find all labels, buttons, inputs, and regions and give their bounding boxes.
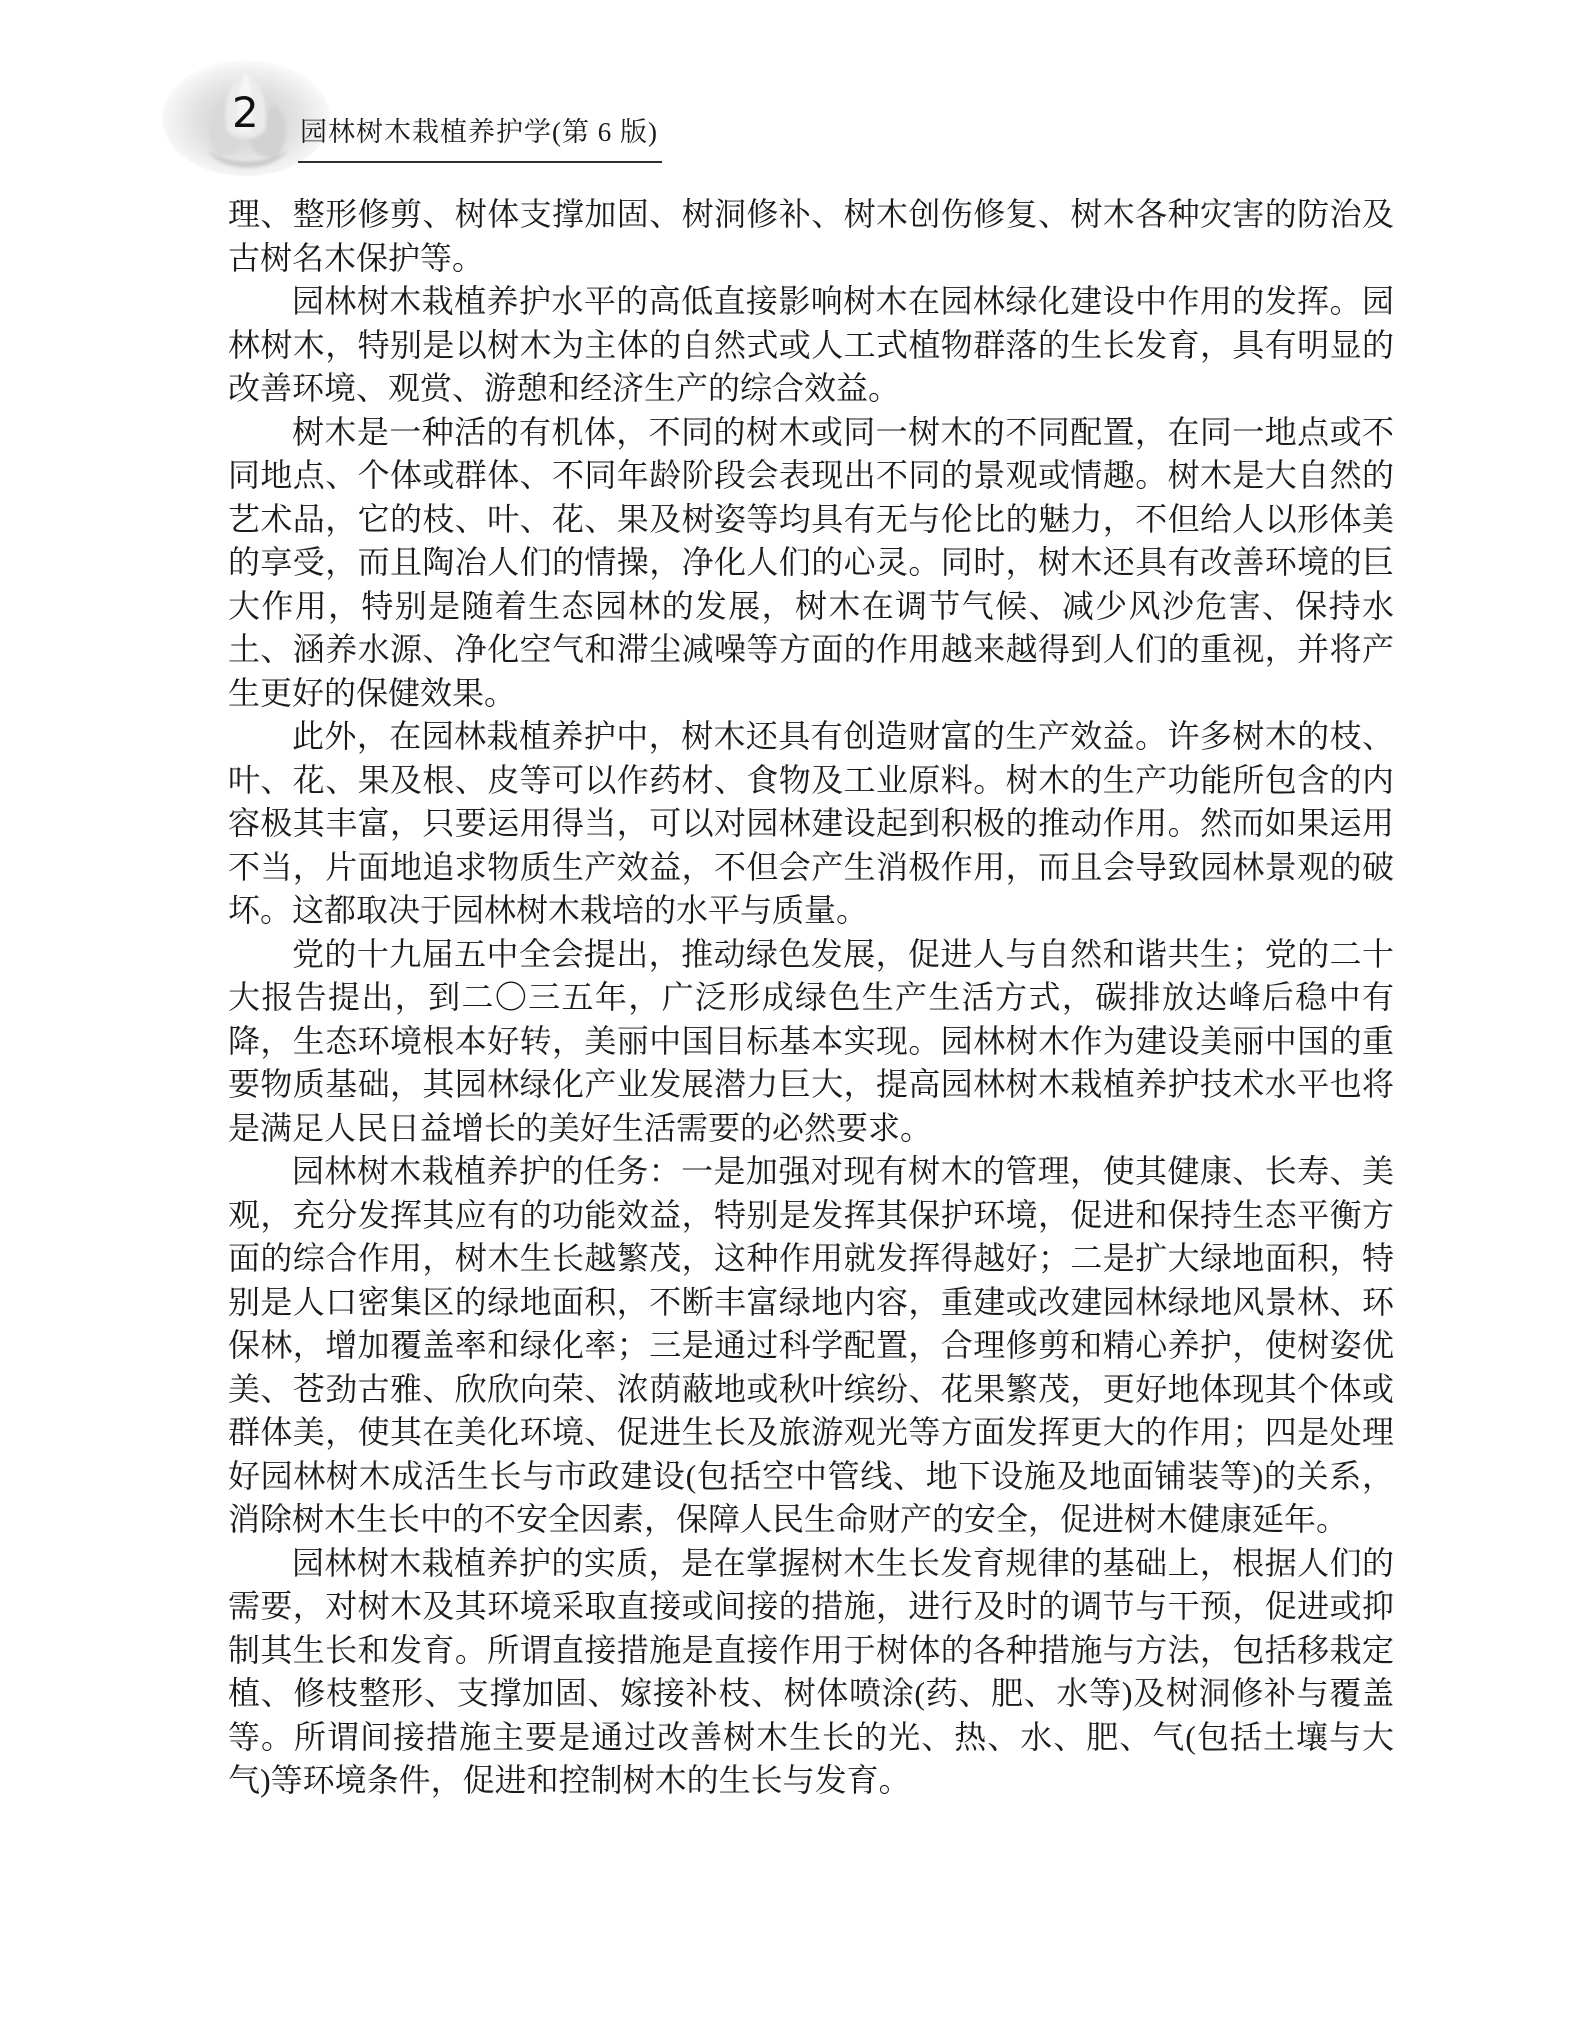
document-page: 2 园林树木栽植养护学(第 6 版) 理、整形修剪、树体支撑加固、树洞修补、树木… xyxy=(0,0,1590,2039)
paragraph: 理、整形修剪、树体支撑加固、树洞修补、树木创伤修复、树木各种灾害的防治及古树名木… xyxy=(228,193,1394,280)
page-number: 2 xyxy=(232,88,259,137)
page-body: 理、整形修剪、树体支撑加固、树洞修补、树木创伤修复、树木各种灾害的防治及古树名木… xyxy=(228,193,1394,1803)
paragraph: 园林树木栽植养护水平的高低直接影响树木在园林绿化建设中作用的发挥。园林树木，特别… xyxy=(228,280,1394,411)
page-header: 2 园林树木栽植养护学(第 6 版) xyxy=(0,0,1590,200)
paragraph: 党的十九届五中全会提出，推动绿色发展，促进人与自然和谐共生；党的二十大报告提出，… xyxy=(228,933,1394,1151)
paragraph: 园林树木栽植养护的实质，是在掌握树木生长发育规律的基础上，根据人们的需要，对树木… xyxy=(228,1542,1394,1803)
paragraph: 园林树木栽植养护的任务：一是加强对现有树木的管理，使其健康、长寿、美观，充分发挥… xyxy=(228,1150,1394,1542)
paragraph: 此外，在园林栽植养护中，树木还具有创造财富的生产效益。许多树木的枝、叶、花、果及… xyxy=(228,715,1394,933)
book-title: 园林树木栽植养护学(第 6 版) xyxy=(298,110,662,163)
paragraph: 树木是一种活的有机体，不同的树木或同一树木的不同配置，在同一地点或不同地点、个体… xyxy=(228,411,1394,716)
